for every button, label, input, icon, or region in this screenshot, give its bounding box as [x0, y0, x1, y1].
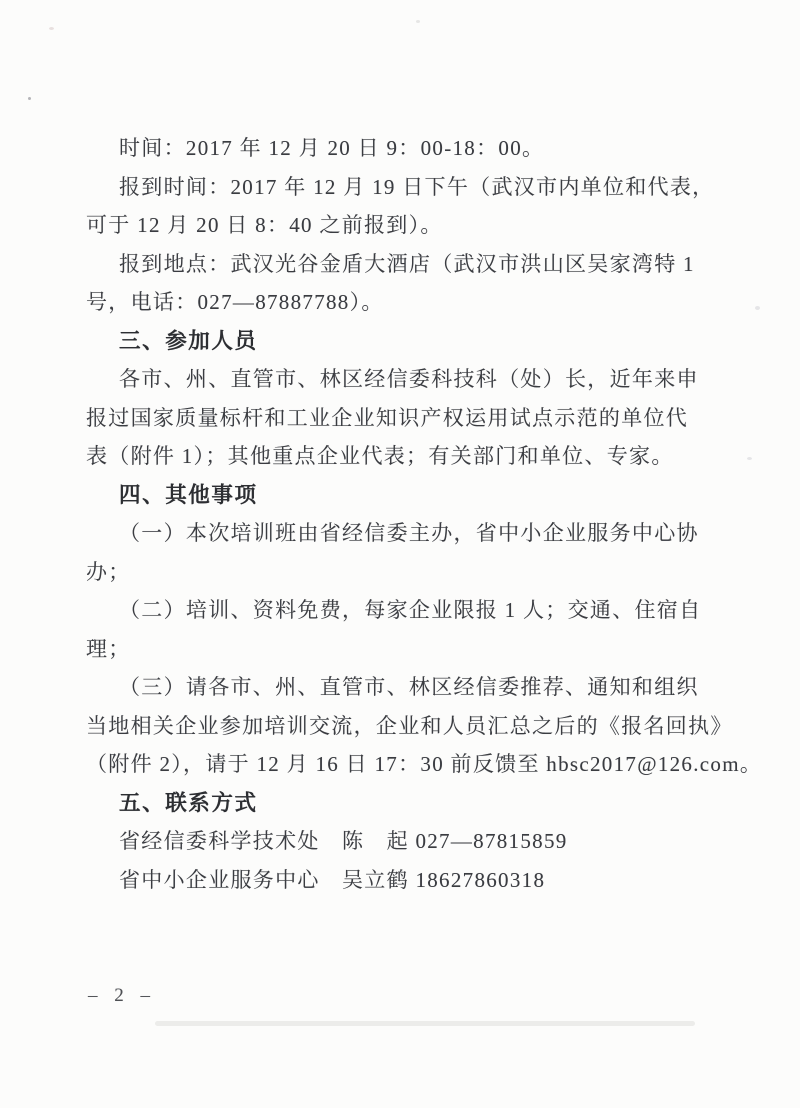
- line-training-time: 时间：2017 年 12 月 20 日 9：00-18：00。: [86, 129, 726, 168]
- scan-speck: [49, 27, 54, 30]
- line-checkin-time: 报到时间：2017 年 12 月 19 日下午（武汉市内单位和代表，: [86, 168, 726, 207]
- scan-smudge: [155, 1021, 695, 1026]
- scan-speck: [28, 97, 31, 100]
- heading-participants: 三、参加人员: [86, 322, 726, 361]
- line-item3-cont1: 当地相关企业参加培训交流，企业和人员汇总之后的《报名回执》: [86, 707, 726, 746]
- line-participants-3: 表（附件 1）；其他重点企业代表；有关部门和单位、专家。: [86, 437, 726, 476]
- line-item2: （二）培训、资料免费，每家企业限报 1 人；交通、住宿自: [86, 591, 726, 630]
- document-body: 时间：2017 年 12 月 20 日 9：00-18：00。 报到时间：201…: [86, 129, 726, 899]
- scan-speck: [747, 457, 752, 460]
- line-contact-1: 省经信委科学技术处 陈 起 027—87815859: [86, 822, 726, 861]
- line-item2-cont: 理；: [86, 630, 726, 669]
- page-number: – 2 –: [88, 982, 156, 1010]
- heading-other-matters: 四、其他事项: [86, 476, 726, 515]
- scan-speck: [755, 306, 760, 310]
- scanned-document-page: 时间：2017 年 12 月 20 日 9：00-18：00。 报到时间：201…: [0, 0, 800, 1108]
- line-checkin-place: 报到地点：武汉光谷金盾大酒店（武汉市洪山区吴家湾特 1: [86, 245, 726, 284]
- line-item1: （一）本次培训班由省经信委主办，省中小企业服务中心协: [86, 514, 726, 553]
- line-checkin-time-cont: 可于 12 月 20 日 8：40 之前报到）。: [86, 206, 726, 245]
- line-item3-cont2: （附件 2），请于 12 月 16 日 17：30 前反馈至 hbsc2017@…: [86, 745, 726, 784]
- line-participants-2: 报过国家质量标杆和工业企业知识产权运用试点示范的单位代: [86, 399, 726, 438]
- line-item3: （三）请各市、州、直管市、林区经信委推荐、通知和组织: [86, 668, 726, 707]
- scan-speck: [416, 20, 420, 23]
- heading-contact: 五、联系方式: [86, 784, 726, 823]
- line-checkin-place-cont: 号，电话：027—87887788）。: [86, 283, 726, 322]
- line-item1-cont: 办；: [86, 553, 726, 592]
- line-participants-1: 各市、州、直管市、林区经信委科技科（处）长，近年来申: [86, 360, 726, 399]
- line-contact-2: 省中小企业服务中心 吴立鹤 18627860318: [86, 861, 726, 900]
